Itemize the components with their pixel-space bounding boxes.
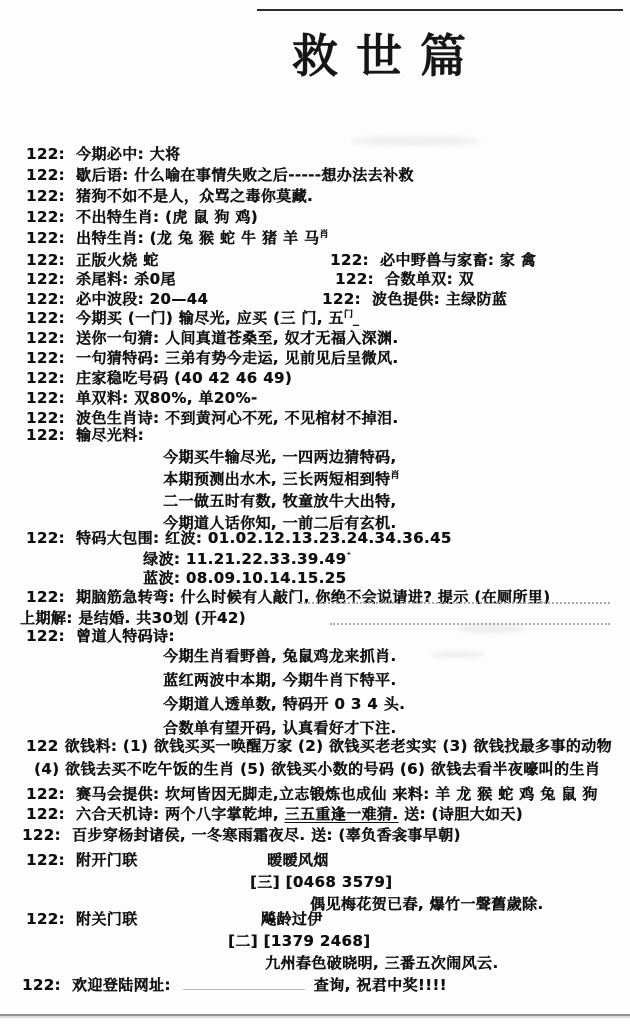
blue-wave-numbers: 蓝波: 08.09.10.14.15.25 (143, 569, 346, 587)
poem-sup-mark: 肖 (390, 471, 399, 481)
line-text: 飚龄过伊 (261, 910, 323, 928)
line-text: 欢迎登陆网址: (72, 976, 171, 994)
green-wave-mark: ⁺ (346, 551, 351, 561)
line-jockey-club: 122:赛马会提供: 坎坷皆因无脚走,立志锻炼也成仙 来料: 羊 龙 猴 蛇 鸡… (26, 783, 598, 804)
issue-no: 122: (26, 627, 65, 645)
issue-no: 122: (26, 529, 65, 547)
line-tianji-poem: 122:六合天机诗: 两个八字掌乾坤, 三五重逢一难猜. 送: (诗胆大如天) (26, 803, 523, 824)
poem1-line: 二一做五时有数, 牧童放牛大出特, (163, 490, 396, 511)
line-text: 六合天机诗: 两个八字掌乾坤, (76, 805, 285, 823)
page-title: 救世篇 (292, 20, 484, 86)
line-text: 今期买 (一门) 输尽光, 应买 (三 门, 五 (76, 309, 344, 327)
line-verse: 122:猪狗不如不是人，众骂之毒你莫藏. (26, 185, 313, 206)
line-text: 一句猜特码: 三弟有势今走运, 见前见后呈微风. (76, 349, 398, 367)
line-shujinguang-label: 122:输尽光料: (26, 424, 144, 445)
line-text: [二] [1379 2468] (228, 932, 370, 950)
line-oddeven-ratio: 122:单双料: 双80%, 单20%- (26, 387, 258, 408)
issue-no: 122: (26, 426, 65, 444)
line-text: 出特生肖: (龙 兔 猴 蛇 牛 猪 羊 马 (76, 229, 319, 247)
line-website: 122:欢迎登陆网址:查询, 祝君中奖!!!! (22, 974, 447, 995)
line-text: 曾道人特码诗: (76, 627, 175, 645)
bigwrap-label: 特码大包围: (76, 529, 165, 547)
line-text: 百步穿杨封诸侯, 一冬寒雨霜夜尽. 送: (辜负香衾事早朝) (72, 826, 461, 844)
issue-no: 122: (26, 166, 65, 184)
line-text: 偶见梅花贺已春, 爆竹一聲舊歲除. (310, 895, 543, 913)
issue-no: 122: (26, 187, 65, 205)
line-text: 必中波段: 20—44 (76, 290, 208, 308)
line-text: 查询, 祝君中奖!!!! (314, 976, 447, 994)
dotted-scan-line (330, 623, 610, 625)
line-text: 送你一句猜: 人间真道苍桑至, 奴才无福入深渊. (76, 329, 398, 347)
line-text: 歇后语: 什么喻在事情失败之后-----想办法去补救 (76, 166, 414, 184)
poem-text: 二一做五时有数, 牧童放牛大出特, (163, 492, 396, 510)
poem-text: 本期预测出水木, 三长两短相到特 (163, 470, 390, 488)
issue-no: 122: (322, 290, 361, 308)
issue-no: 122 (26, 737, 59, 755)
issue-no: 122: (26, 785, 65, 803)
issue-no: 122: (22, 826, 61, 844)
scan-noise (350, 136, 480, 146)
line-text: 九州春色破晓明, 三番五次闹风云. (265, 954, 498, 972)
red-wave-numbers: 红波: 01.02.12.13.23.24.34.36.45 (165, 529, 452, 547)
line-text: [三] [0468 3579] (250, 873, 392, 891)
issue-no: 122: (26, 588, 65, 606)
line-yuqian-1: 122欲钱料: (1) 欲钱买买一唤醒万家 (2) 欲钱买老老实实 (3) 欲钱… (26, 735, 612, 756)
issue-no: 122: (26, 851, 65, 869)
issue-no: 122: (330, 251, 369, 269)
bottom-scan-edge (0, 1014, 630, 1016)
line-close-couplet-label: 122:附关门联 (26, 908, 138, 929)
issue-no: 122: (22, 976, 61, 994)
issue-no: 122: (26, 229, 65, 247)
poem2-line: 今期生肖看野兽, 兔鼠鸡龙来抓肖. (163, 645, 396, 666)
issue-no: 122: (26, 389, 65, 407)
line-excluded-zodiac: 122:不出特生肖: (虎 鼠 狗 鸡) (26, 206, 258, 227)
line-text: 送: (诗胆大如天) (398, 805, 523, 823)
issue-no: 122: (26, 145, 65, 163)
poem-text: 今期道人透单数, 特码开 0 3 4 头. (163, 695, 405, 713)
issue-no: 122: (26, 251, 65, 269)
line-text: 不出特生肖: (虎 鼠 狗 鸡) (76, 208, 258, 226)
line-fire-zodiac: 122:正版火烧 蛇 (26, 249, 159, 270)
line-xiehouyu: 122:歇后语: 什么喻在事情失败之后-----想办法去补救 (26, 164, 414, 185)
poem1-line: 本期预测出水木, 三长两短相到特肖 (163, 468, 399, 489)
close-couplet-verse: 九州春色破晓明, 三番五次闹风云. (265, 952, 498, 973)
scan-noise (455, 624, 525, 633)
poem2-line: 蓝红两波中本期, 今期牛肖下特平. (163, 669, 396, 690)
scanned-lottery-sheet: 救世篇 122:今期必中: 大将 122:歇后语: 什么喻在事情失败之后----… (0, 0, 630, 1024)
issue-no: 122: (26, 369, 65, 387)
line-text: 波色提供: 主绿防蓝 (372, 290, 507, 308)
line-bigwrap-green: 绿波: 11.21.22.33.39.49⁺ (143, 548, 351, 569)
close-couplet-headline: 飚龄过伊 (261, 908, 323, 929)
scan-noise (430, 651, 485, 658)
line-kill-tail: 122:杀尾料: 杀0尾 (26, 268, 176, 289)
line-included-zodiac: 122:出特生肖: (龙 兔 猴 蛇 牛 猪 羊 马肖 (26, 227, 328, 248)
dotted-scan-line (300, 602, 610, 604)
line-text: 附关门联 (76, 910, 138, 928)
line-text: 合数单双: 双 (385, 270, 474, 288)
line-text: 欲钱料: (1) 欲钱买买一唤醒万家 (2) 欲钱买老老实实 (3) 欲钱找最多… (65, 737, 612, 755)
line-bigwrap-blue: 蓝波: 08.09.10.14.15.25 (143, 567, 346, 588)
issue-no: 122: (26, 270, 65, 288)
issue-no: 122: (26, 290, 65, 308)
line-banker-numbers: 122:庄家稳吃号码 (40 42 46 49) (26, 367, 292, 388)
line-tail-mark: _ (353, 312, 359, 326)
issue-no: 122: (26, 309, 65, 327)
line-text: 庄家稳吃号码 (40 42 46 49) (76, 369, 292, 387)
line-text: 猪狗不如不是人，众骂之毒你莫藏. (76, 187, 313, 205)
line-hint-phrase: 122:送你一句猜: 人间真道苍桑至, 奴才无福入深渊. (26, 327, 398, 348)
issue-no: 122: (26, 208, 65, 226)
line-open-couplet-label: 122:附开门联 (26, 849, 138, 870)
line-text: 正版火烧 蛇 (76, 251, 159, 269)
line-text: 附开门联 (76, 851, 138, 869)
poem1-line: 今期买牛输尽光, 一四两边猜特码, (163, 446, 396, 467)
line-wild-domestic: 122:必中野兽与家畜: 家 禽 (330, 249, 536, 270)
line-sup-mark: 肖 (319, 230, 328, 240)
line-text: 今期必中: 大将 (76, 145, 180, 163)
line-yuqian-2: (4) 欲钱去买不吃午饭的生肖 (5) 欲钱买小数的号码 (6) 欲钱去看半夜嚎… (34, 758, 600, 779)
issue-no: 122: (26, 329, 65, 347)
open-couplet-bracket: [三] [0468 3579] (250, 871, 392, 892)
line-wave-color: 122:波色提供: 主绿防蓝 (322, 288, 507, 309)
line-text: 杀尾料: 杀0尾 (76, 270, 176, 288)
line-bigwrap-red: 122:特码大包围: 红波: 01.02.12.13.23.24.34.36.4… (26, 527, 452, 548)
line-text: 暧暧风烟 (267, 851, 329, 869)
line-text: 必中野兽与家畜: 家 禽 (380, 251, 536, 269)
line-gate-buy: 122:今期买 (一门) 输尽光, 应买 (三 门, 五门_ (26, 307, 359, 328)
line-text: 赛马会提供: 坎坷皆因无脚走,立志锻炼也成仙 来料: 羊 龙 猴 蛇 鸡 兔 鼠… (76, 785, 598, 803)
line-text: 单双料: 双80%, 单20%- (76, 389, 258, 407)
title-top-rule (257, 9, 623, 11)
poem-text: 蓝红两波中本期, 今期牛肖下特平. (163, 671, 396, 689)
open-couplet-verse: 偶见梅花贺已春, 爆竹一聲舊歲除. (310, 893, 543, 914)
close-couplet-bracket: [二] [1379 2468] (228, 930, 370, 951)
line-text: 输尽光料: (76, 426, 144, 444)
line-text: (4) 欲钱去买不吃午饭的生肖 (5) 欲钱买小数的号码 (6) 欲钱去看半夜嚎… (34, 760, 600, 778)
underlined-phrase: 三五重逢一难猜. (284, 805, 398, 823)
issue-no: 122: (335, 270, 374, 288)
line-one-phrase: 122:一句猜特码: 三弟有势今走运, 见前见后呈微风. (26, 347, 398, 368)
issue-no: 122: (26, 349, 65, 367)
poem-text: 今期生肖看野兽, 兔鼠鸡龙来抓肖. (163, 647, 396, 665)
poem-text: 今期买牛输尽光, 一四两边猜特码, (163, 448, 396, 466)
line-sum-oddeven: 122:合数单双: 双 (335, 268, 474, 289)
line-sup-mark: 门 (344, 310, 353, 320)
poem2-line: 今期道人透单数, 特码开 0 3 4 头. (163, 693, 405, 714)
green-wave-numbers: 绿波: 11.21.22.33.39.49 (143, 550, 346, 568)
line-baibu-poem: 122:百步穿杨封诸侯, 一冬寒雨霜夜尽. 送: (辜负香衾事早朝) (22, 824, 461, 845)
issue-no: 122: (26, 910, 65, 928)
issue-no: 122: (26, 805, 65, 823)
blank-underline (183, 978, 305, 990)
line-zengdao-label: 122:曾道人特码诗: (26, 625, 175, 646)
line-wave-range: 122:必中波段: 20—44 (26, 288, 208, 309)
open-couplet-headline: 暧暧风烟 (267, 849, 329, 870)
line-must-hit: 122:今期必中: 大将 (26, 143, 180, 164)
